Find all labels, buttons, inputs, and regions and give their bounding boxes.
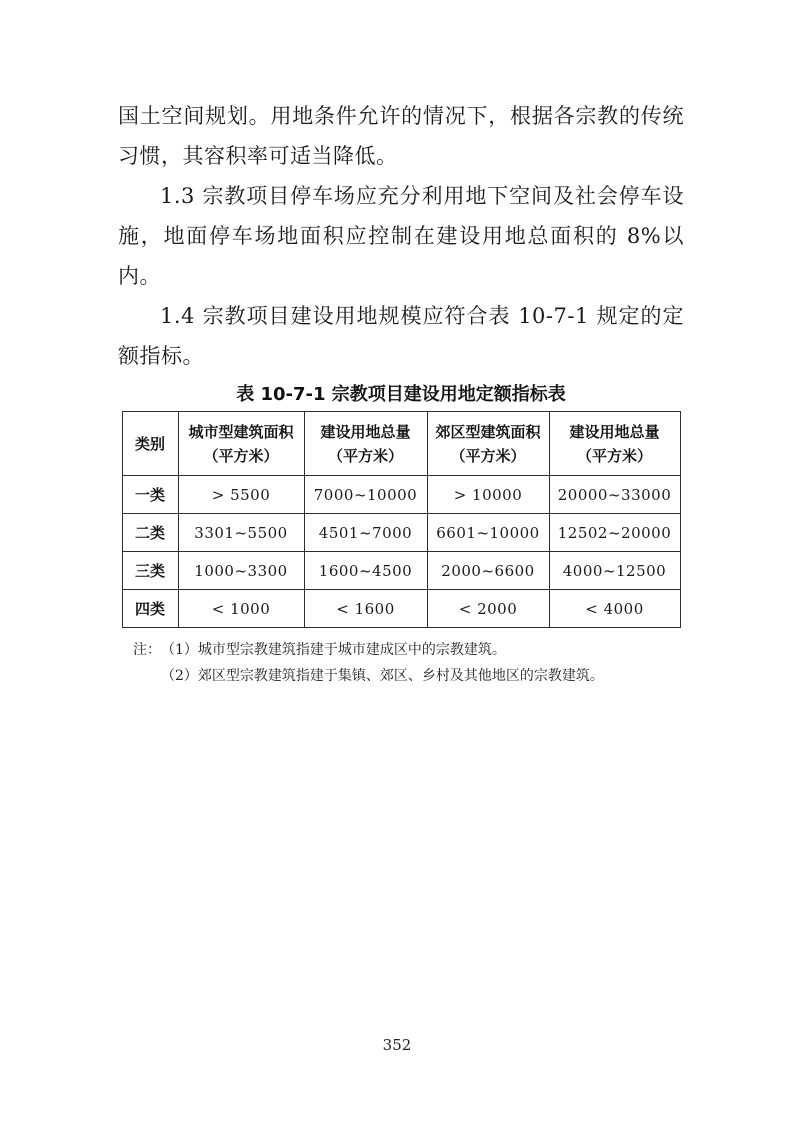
- cell-value: 20000~33000: [549, 476, 680, 514]
- column-header-label: 郊区型建筑面积: [435, 423, 540, 441]
- cell-value: 2000~6600: [427, 552, 549, 590]
- column-header-unit: （平方米）: [550, 444, 680, 468]
- page-content: 国土空间规划。用地条件允许的情况下，根据各宗教的传统习惯，其容积率可适当降低。 …: [118, 96, 684, 689]
- column-header-urban-land-total: 建设用地总量 （平方米）: [304, 412, 427, 476]
- table-row-class-1: 一类 > 5500 7000~10000 > 10000 20000~33000: [122, 476, 680, 514]
- column-header-unit: （平方米）: [428, 444, 549, 468]
- land-quota-table: 类别 城市型建筑面积 （平方米） 建设用地总量 （平方米） 郊区型建筑面积 （平…: [122, 411, 681, 628]
- body-paragraph-1-4: 1.4 宗教项目建设用地规模应符合表 10-7-1 规定的定额指标。: [118, 296, 684, 376]
- cell-value: 1000~3300: [178, 552, 304, 590]
- notes-items: （1）城市型宗教建筑指建于城市建成区中的宗教建筑。 （2）郊区型宗教建筑指建于集…: [161, 637, 604, 689]
- cell-value: < 1600: [304, 590, 427, 628]
- column-header-unit: （平方米）: [179, 444, 304, 468]
- row-category: 四类: [122, 590, 178, 628]
- row-category: 三类: [122, 552, 178, 590]
- table-notes: 注： （1）城市型宗教建筑指建于城市建成区中的宗教建筑。 （2）郊区型宗教建筑指…: [133, 637, 684, 689]
- note-item-1: （1）城市型宗教建筑指建于城市建成区中的宗教建筑。: [161, 637, 604, 663]
- table-row-class-3: 三类 1000~3300 1600~4500 2000~6600 4000~12…: [122, 552, 680, 590]
- note-item-2: （2）郊区型宗教建筑指建于集镇、郊区、乡村及其他地区的宗教建筑。: [161, 663, 604, 689]
- cell-value: > 5500: [178, 476, 304, 514]
- column-header-label: 建设用地总量: [569, 423, 659, 441]
- row-category: 二类: [122, 514, 178, 552]
- table-row-class-4: 四类 < 1000 < 1600 < 2000 < 4000: [122, 590, 680, 628]
- column-header-unit: （平方米）: [305, 444, 427, 468]
- table-row-class-2: 二类 3301~5500 4501~7000 6601~10000 12502~…: [122, 514, 680, 552]
- cell-value: 1600~4500: [304, 552, 427, 590]
- cell-value: 3301~5500: [178, 514, 304, 552]
- table-header-row: 类别 城市型建筑面积 （平方米） 建设用地总量 （平方米） 郊区型建筑面积 （平…: [122, 412, 680, 476]
- row-category: 一类: [122, 476, 178, 514]
- body-paragraph: 国土空间规划。用地条件允许的情况下，根据各宗教的传统习惯，其容积率可适当降低。: [118, 96, 684, 176]
- cell-value: 7000~10000: [304, 476, 427, 514]
- column-header-category: 类别: [122, 412, 178, 476]
- cell-value: 4501~7000: [304, 514, 427, 552]
- column-header-label: 类别: [135, 435, 165, 453]
- page-number: 352: [0, 1036, 794, 1054]
- column-header-suburb-floor-area: 郊区型建筑面积 （平方米）: [427, 412, 549, 476]
- notes-label: 注：: [133, 637, 161, 689]
- cell-value: < 2000: [427, 590, 549, 628]
- cell-value: 12502~20000: [549, 514, 680, 552]
- cell-value: < 1000: [178, 590, 304, 628]
- table-title: 表 10-7-1 宗教项目建设用地定额指标表: [118, 380, 684, 406]
- cell-value: > 10000: [427, 476, 549, 514]
- cell-value: 4000~12500: [549, 552, 680, 590]
- column-header-label: 建设用地总量: [320, 423, 410, 441]
- column-header-urban-floor-area: 城市型建筑面积 （平方米）: [178, 412, 304, 476]
- column-header-label: 城市型建筑面积: [188, 423, 293, 441]
- cell-value: < 4000: [549, 590, 680, 628]
- body-paragraph-1-3: 1.3 宗教项目停车场应充分利用地下空间及社会停车设施，地面停车场地面积应控制在…: [118, 176, 684, 296]
- column-header-suburb-land-total: 建设用地总量 （平方米）: [549, 412, 680, 476]
- document-page: 国土空间规划。用地条件允许的情况下，根据各宗教的传统习惯，其容积率可适当降低。 …: [0, 0, 794, 1122]
- cell-value: 6601~10000: [427, 514, 549, 552]
